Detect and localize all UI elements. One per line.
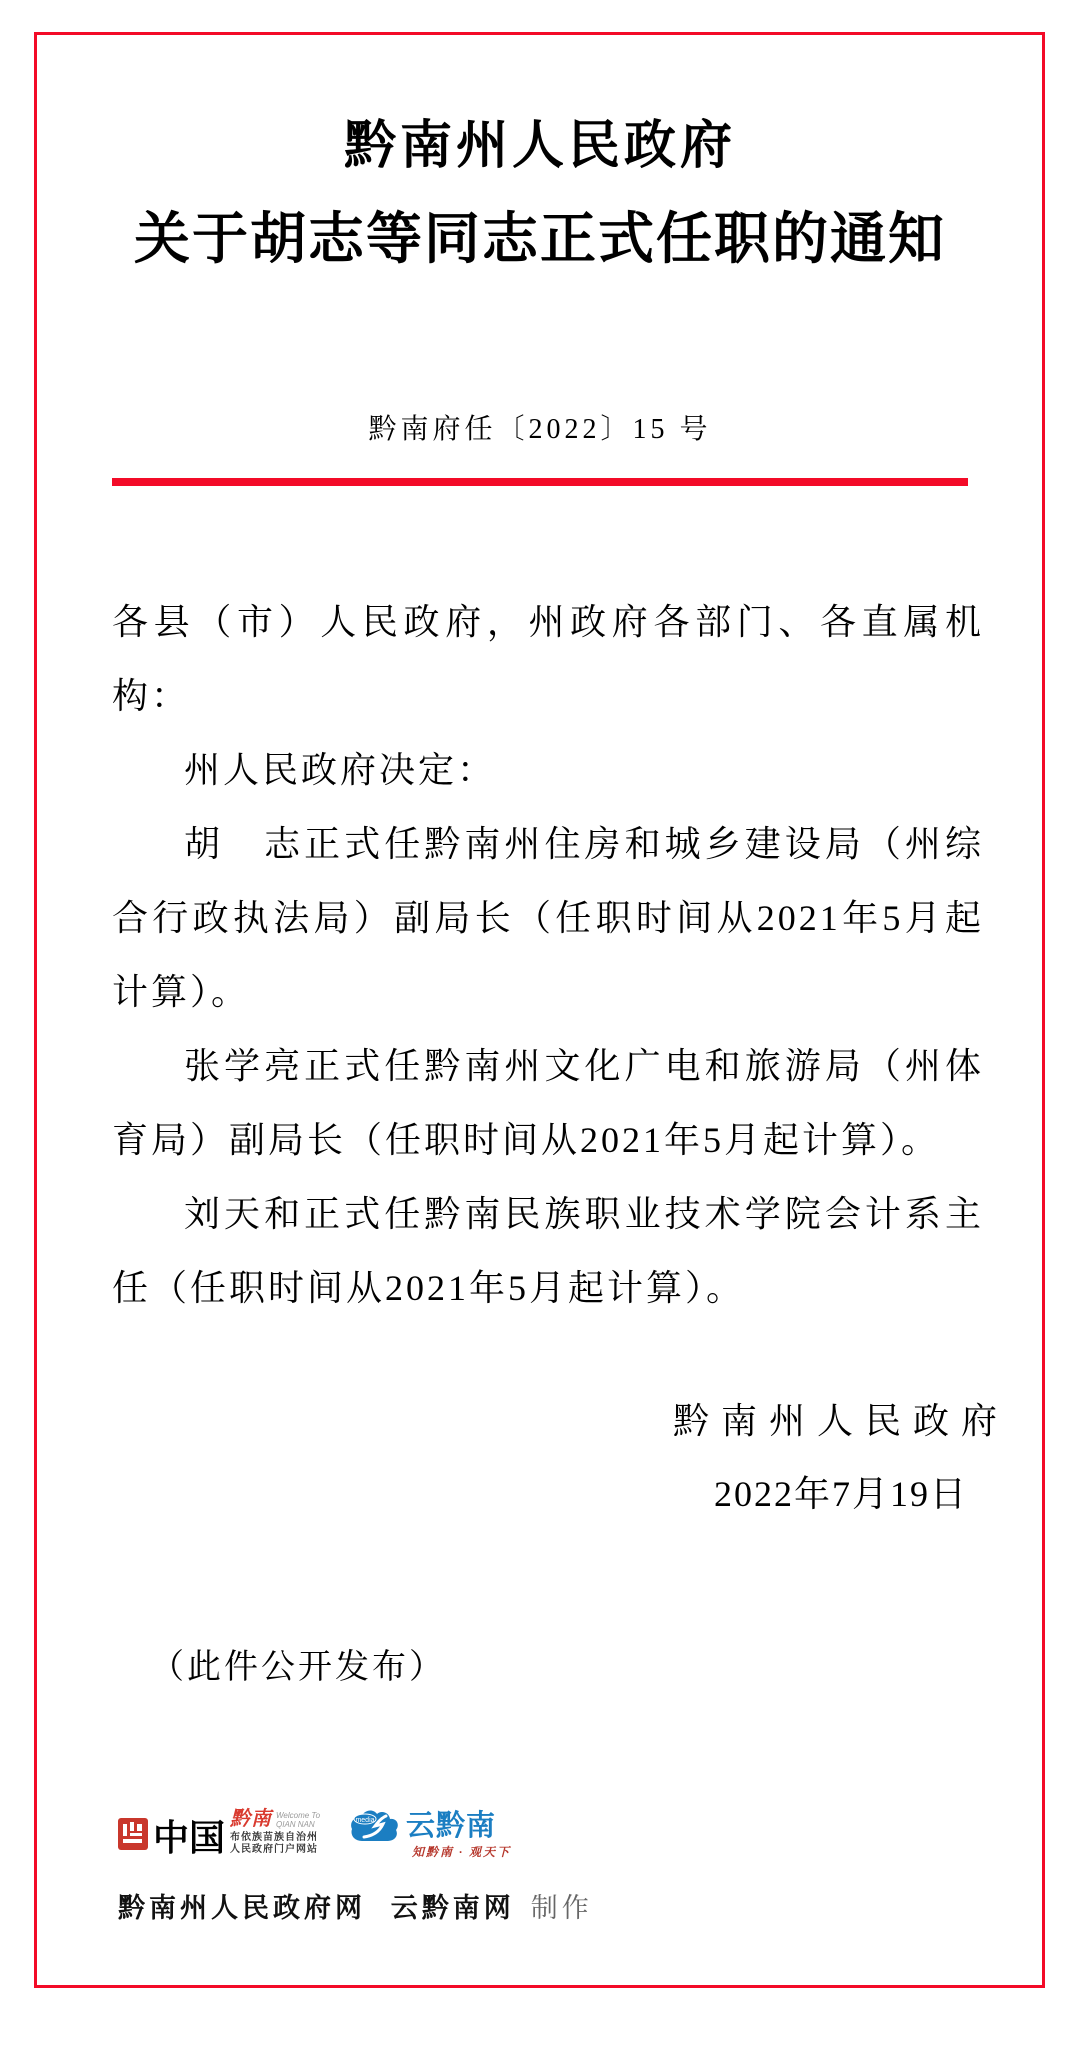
cloud-media-icon: media [348, 1806, 400, 1855]
salutation: 各县（市）人民政府，州政府各部门、各直属机构： [112, 585, 984, 733]
document-body: 各县（市）人民政府，州政府各部门、各直属机构： 州人民政府决定： 胡 志正式任黔… [112, 585, 984, 1325]
logo-welcome-text: Welcome To QIAN NAN [276, 1811, 320, 1829]
logo-subtitle: 布依族苗族自治州 人民政府门户网站 [230, 1832, 320, 1856]
org-title: 黔南州人民政府 [40, 116, 1040, 176]
doc-number: 黔南府任〔2022〕15 号 [40, 410, 1040, 450]
media-badge-text: media [356, 1817, 375, 1824]
notice-document-page: 黔南州人民政府 关于胡志等同志正式任职的通知 黔南府任〔2022〕15 号 各县… [0, 0, 1080, 2045]
footer-suffix: 制作 [531, 1893, 593, 1923]
logo-region-text: 黔南 [230, 1809, 272, 1829]
release-note: （此件公开发布） [150, 1645, 446, 1691]
doc-title: 关于胡志等同志正式任职的通知 [40, 206, 1040, 272]
gov-portal-logo: 中国 黔南 Welcome To QIAN NAN 布依族苗族自治州 人民政府门… [118, 1808, 320, 1858]
signature-org: 黔南州人民政府 [673, 1398, 1009, 1444]
logo-country-text: 中国 [153, 1818, 225, 1858]
signature-block: 黔南州人民政府 2022年7月19日 [673, 1398, 1009, 1517]
red-divider-line [112, 478, 968, 486]
cloud-logo-name: 云黔南 [406, 1810, 511, 1842]
appointment-paragraph: 张学亮正式任黔南州文化广电和旅游局（州体育局）副局长（任职时间从2021年5月起… [112, 1029, 984, 1177]
china-seal-icon [118, 1818, 148, 1855]
decision-intro: 州人民政府决定： [112, 733, 984, 807]
signature-date: 2022年7月19日 [673, 1471, 1009, 1517]
appointment-paragraph: 胡 志正式任黔南州住房和城乡建设局（州综合行政执法局）副局长（任职时间从2021… [112, 807, 984, 1029]
cloud-media-logo: media 云黔南 知黔南 · 观天下 [348, 1806, 511, 1859]
logo-right-column: 黔南 Welcome To QIAN NAN 布依族苗族自治州 人民政府门户网站 [230, 1809, 320, 1856]
footer-credit: 黔南州人民政府网 云黔南网制作 [118, 1888, 593, 1928]
appointment-paragraph: 刘天和正式任黔南民族职业技术学院会计系主任（任职时间从2021年5月起计算）。 [112, 1177, 984, 1325]
cloud-logo-tagline: 知黔南 · 观天下 [412, 1845, 511, 1859]
logo-row: 中国 黔南 Welcome To QIAN NAN 布依族苗族自治州 人民政府门… [118, 1806, 511, 1859]
footer-makers: 黔南州人民政府网 云黔南网 [118, 1893, 515, 1923]
